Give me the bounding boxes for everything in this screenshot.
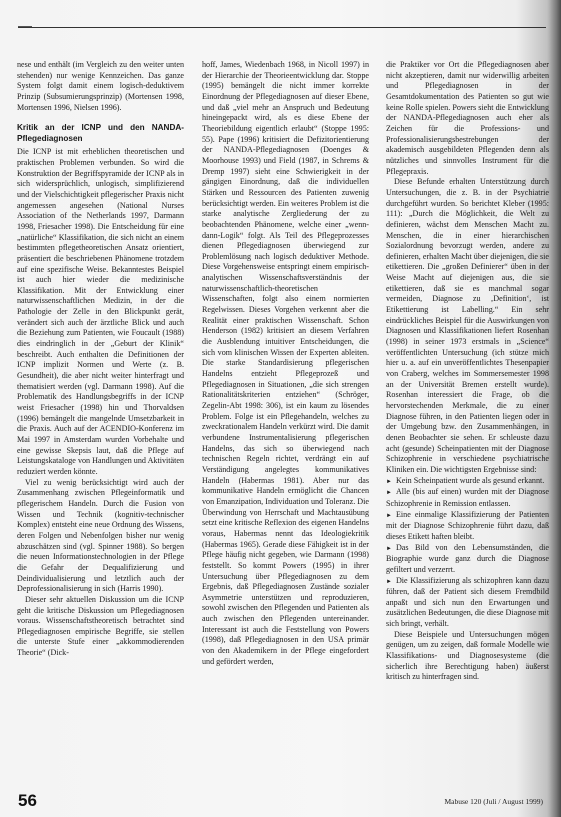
list-item: ►Kein Scheinpatient wurde als gesund erk… bbox=[386, 476, 549, 488]
list-item-text: Eine einmalige Klassifizierung der Patie… bbox=[386, 510, 549, 541]
list-item: ►Alle (bis auf einen) wurden mit der Dia… bbox=[386, 487, 549, 509]
scan-binding-shadow bbox=[547, 0, 561, 817]
list-item-text: Kein Scheinpatient wurde als gesund erka… bbox=[396, 476, 544, 485]
header-rule bbox=[18, 27, 546, 28]
list-item-text: Alle (bis auf einen) wurden mit der Diag… bbox=[386, 487, 549, 508]
body-paragraph: Dieser sehr aktuellen Diskussion um die … bbox=[17, 595, 184, 659]
body-paragraph: die Praktiker vor Ort die Pflegediagnose… bbox=[386, 60, 549, 177]
list-item: ►Die Klassifizierung als schizophren kan… bbox=[386, 576, 549, 630]
body-paragraph: hoff, James, Wiedenbach 1968, in Nicoll … bbox=[202, 60, 369, 667]
list-item-text: Die Klassifizierung als schizophren kann… bbox=[386, 576, 549, 629]
body-paragraph: Viel zu wenig berücksichtigt wird auch d… bbox=[17, 478, 184, 595]
body-paragraph: Diese Beispiele und Untersuchungen mögen… bbox=[386, 630, 549, 683]
text-column-1: nese und enthält (im Vergleich zu den we… bbox=[17, 60, 184, 659]
text-column-3: die Praktiker vor Ort die Pflegediagnose… bbox=[386, 60, 549, 683]
triangle-bullet-icon: ► bbox=[386, 490, 392, 496]
triangle-bullet-icon: ► bbox=[386, 513, 392, 519]
body-paragraph: Diese Befunde erhalten Unterstützung dur… bbox=[386, 177, 549, 475]
scanned-journal-page: nese und enthält (im Vergleich zu den we… bbox=[0, 0, 561, 817]
body-paragraph: Die ICNP ist mit erheblichen theoretisch… bbox=[17, 147, 184, 477]
list-item-text: Das Bild von den Lebensumständen, die Bi… bbox=[386, 543, 549, 574]
triangle-bullet-icon: ► bbox=[386, 479, 392, 485]
list-item: ►Das Bild von den Lebensumständen, die B… bbox=[386, 543, 549, 576]
triangle-bullet-icon: ► bbox=[386, 546, 392, 552]
list-item: ►Eine einmalige Klassifizierung der Pati… bbox=[386, 510, 549, 543]
journal-footer: Mabuse 120 (Juli / August 1999) bbox=[444, 797, 543, 806]
section-heading: Kritik an der ICNP und den NANDA-Pfleged… bbox=[17, 122, 184, 144]
intro-paragraph: nese und enthält (im Vergleich zu den we… bbox=[17, 60, 184, 113]
triangle-bullet-icon: ► bbox=[386, 579, 392, 585]
findings-list: ►Kein Scheinpatient wurde als gesund erk… bbox=[386, 476, 549, 630]
page-number: 56 bbox=[18, 791, 37, 811]
text-column-2: hoff, James, Wiedenbach 1968, in Nicoll … bbox=[202, 60, 369, 667]
